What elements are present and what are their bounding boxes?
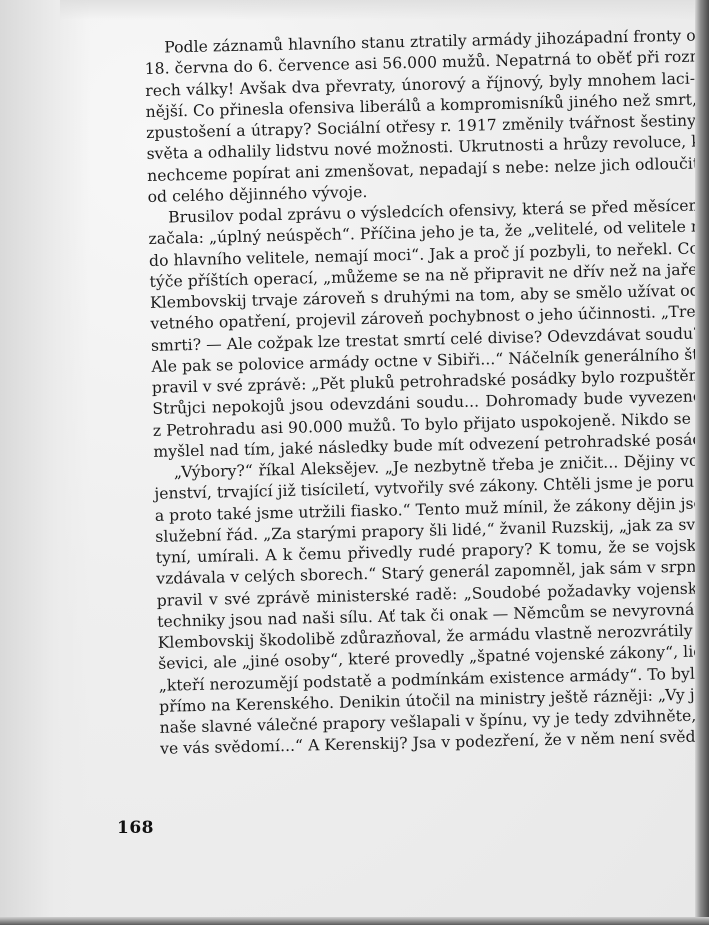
page-bottom-edge — [0, 917, 709, 925]
paragraph-1: Podle záznamů hlavního stanu ztratily ar… — [144, 26, 698, 208]
page-gutter-shadow — [0, 0, 90, 925]
page-top-shadow — [60, 0, 709, 20]
body-text: Podle záznamů hlavního stanu ztratily ar… — [144, 26, 709, 761]
page-number: 168 — [117, 818, 154, 838]
book-page-scan: Podle záznamů hlavního stanu ztratily ar… — [0, 0, 709, 925]
page-edge-shadow — [695, 0, 709, 925]
paragraph-3: „Výbory?“ říkal Aleksějev. „Je nezbytně … — [154, 450, 709, 760]
paragraph-2: Brusilov podal zprávu o výsledcích ofens… — [148, 195, 704, 462]
